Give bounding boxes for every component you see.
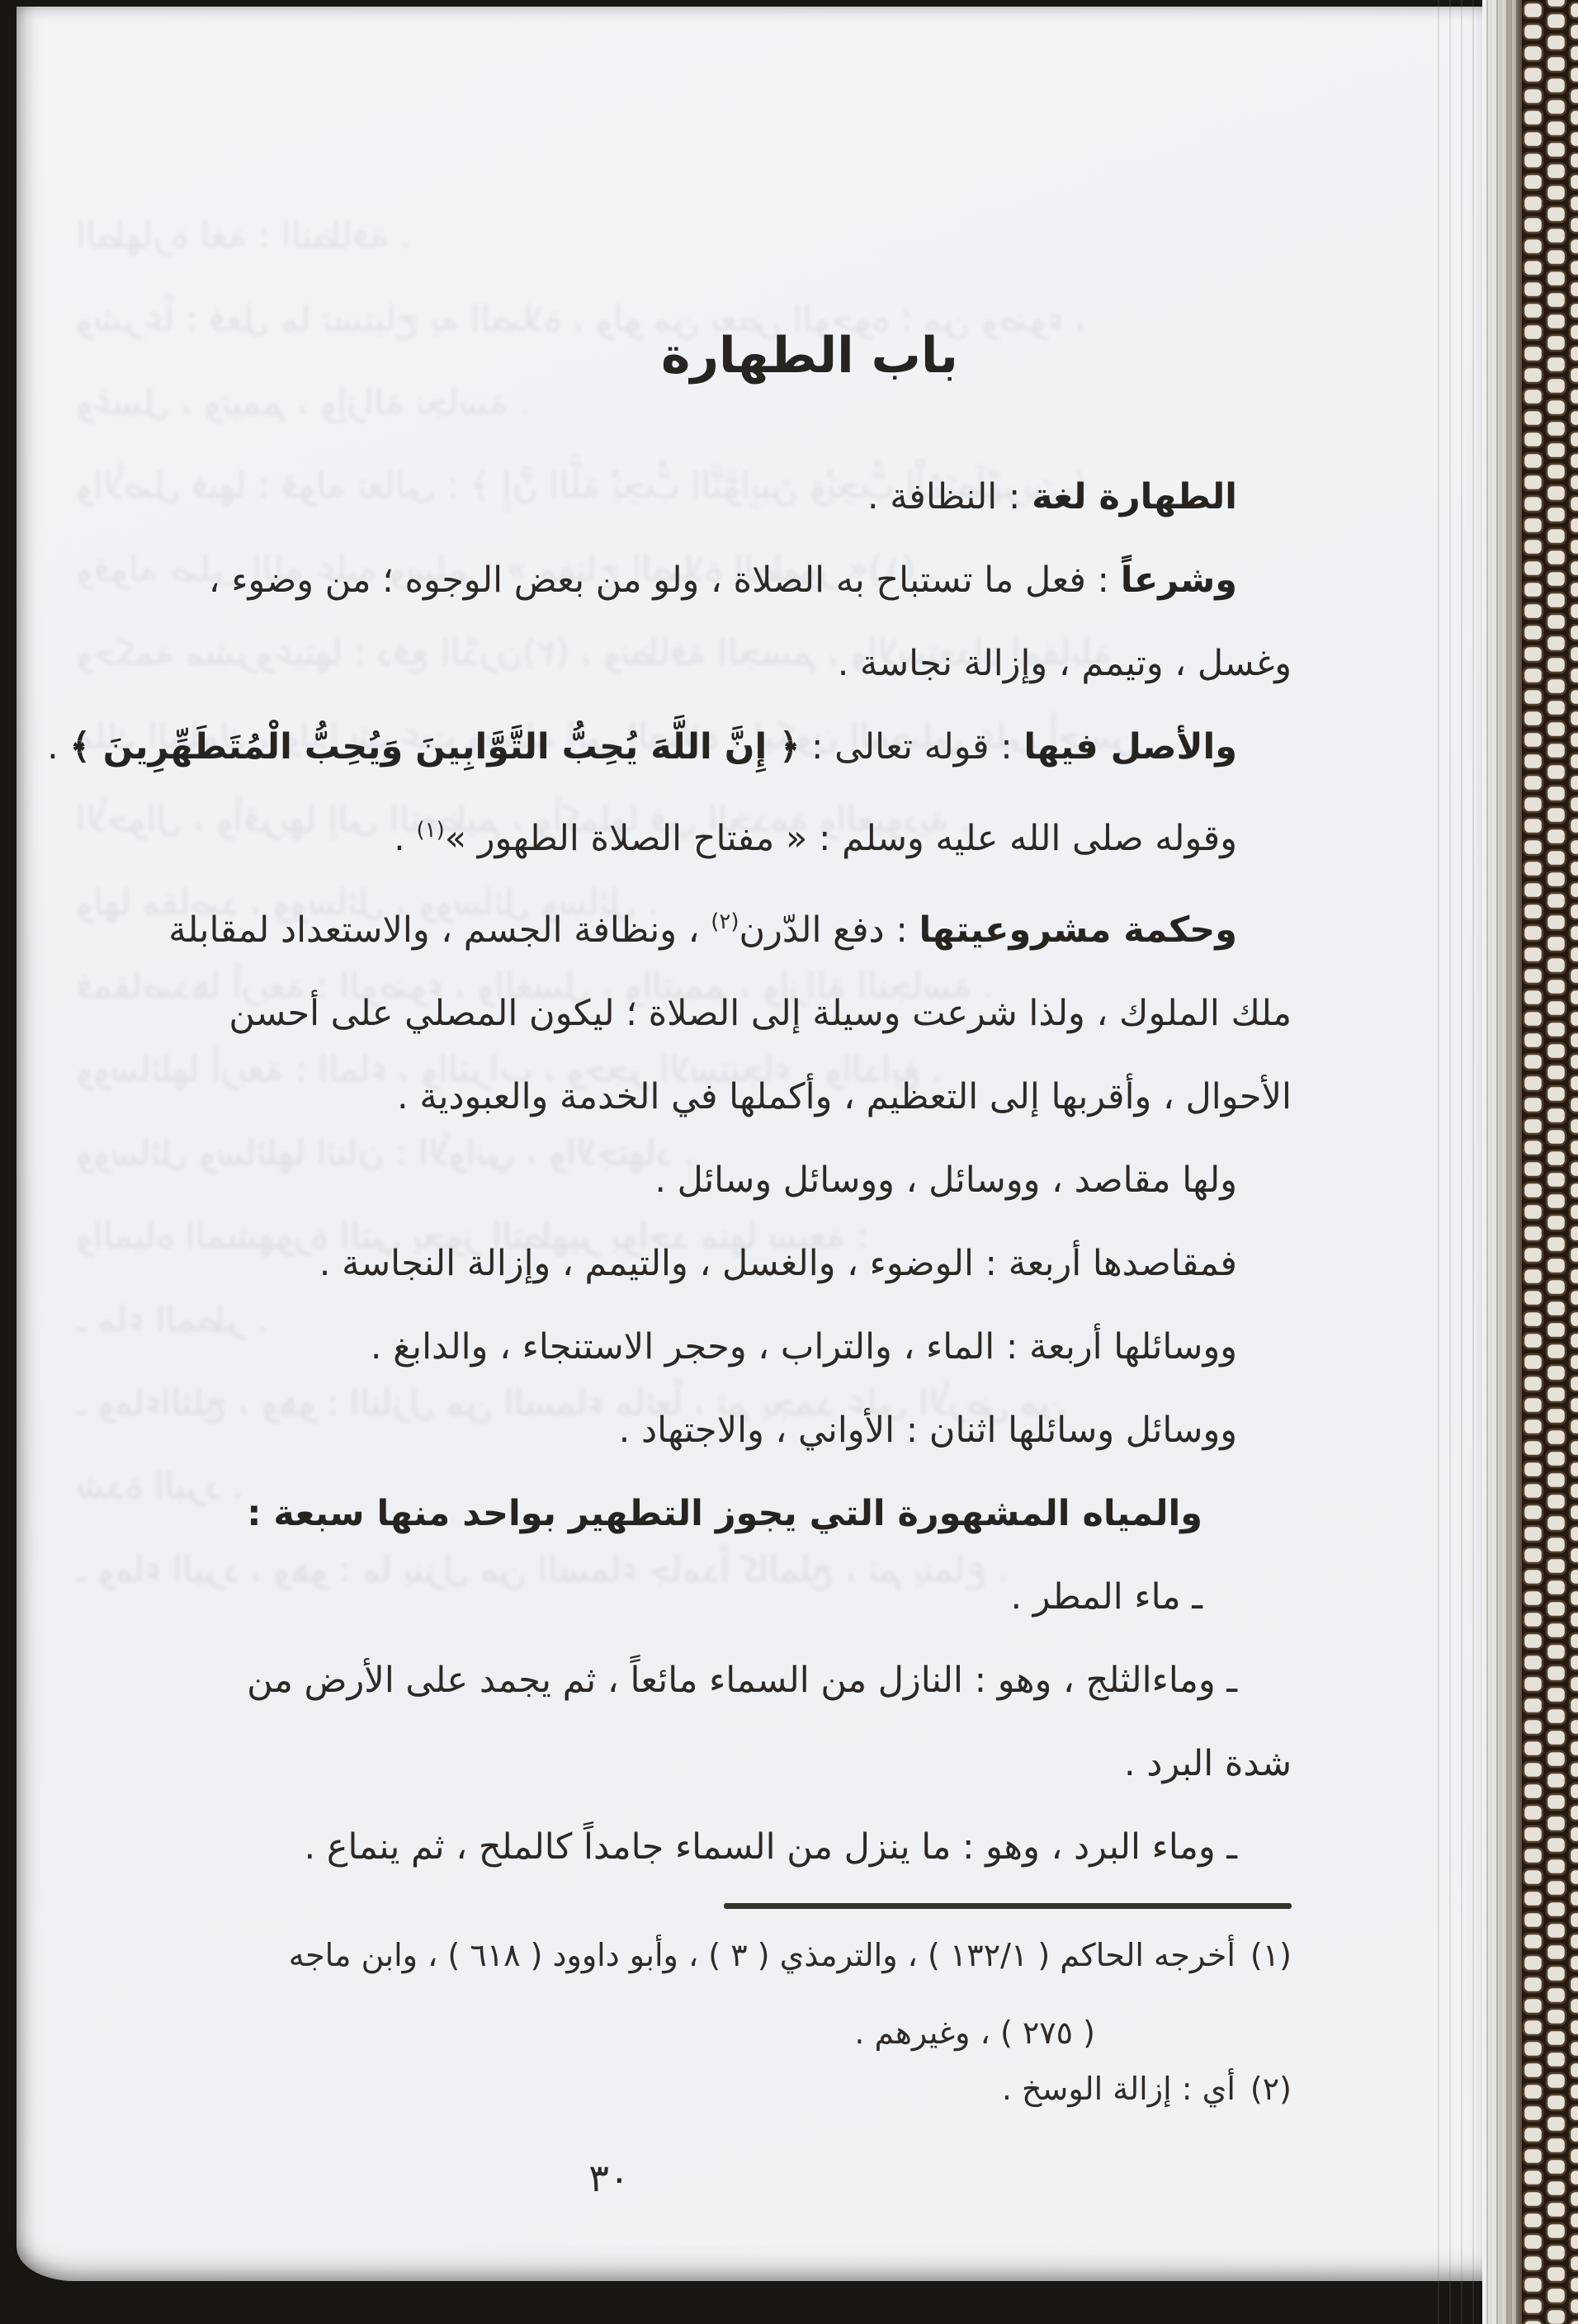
- body-text: فمقاصدها أربعة : الوضوء ، والغسل ، والتي…: [319, 1243, 1237, 1284]
- text-line: والمياه المشهورة التي يجوز التطهير بواحد…: [54, 1472, 1202, 1556]
- text-line: ووسائل وسائلها اثنان : الأواني ، والاجته…: [54, 1389, 1237, 1472]
- text-line: والأصل فيها : قوله تعالى : ﴿ إِنَّ اللَّ…: [54, 706, 1237, 789]
- body-text: : فعل ما تستباح به الصلاة ، ولو من بعض ا…: [209, 560, 1121, 601]
- text-line: وقوله صلى الله عليه وسلم : « مفتاح الصلا…: [54, 789, 1237, 881]
- section-heading: والمياه المشهورة التي يجوز التطهير بواحد…: [247, 1493, 1202, 1534]
- body-text: ووسائلها أربعة : الماء ، والتراب ، وحجر …: [371, 1326, 1237, 1367]
- page-content: باب الطهارة الطهارة لغة : النظافة . وشرع…: [0, 0, 1578, 2324]
- footnote-separator: [724, 1903, 1292, 1909]
- body-text: ، ونظافة الجسم ، والاستعداد لمقابلة: [168, 909, 711, 951]
- text-line: الأحوال ، وأقربها إلى التعظيم ، وأكملها …: [54, 1056, 1292, 1139]
- lead-phrase: والأصل فيها: [1023, 726, 1237, 768]
- text-line: فمقاصدها أربعة : الوضوء ، والغسل ، والتي…: [54, 1222, 1237, 1306]
- text-line: شدة البرد .: [54, 1722, 1292, 1806]
- lead-phrase: وشرعاً: [1121, 560, 1237, 601]
- text-line: ـ وماءالثلج ، وهو : النازل من السماء مائ…: [54, 1639, 1237, 1722]
- footnote-text: أخرجه الحاكم ( ١٣٢/١ ) ، والترمذي ( ٣ ) …: [289, 1937, 1235, 1973]
- lead-phrase: الطهارة لغة: [1032, 476, 1237, 517]
- footnote-number: (٢): [1250, 2071, 1292, 2107]
- body-text: وقوله صلى الله عليه وسلم : « مفتاح الصلا…: [445, 818, 1237, 859]
- chapter-title: باب الطهارة: [309, 327, 1310, 385]
- text-line: الطهارة لغة : النظافة .: [54, 456, 1237, 539]
- text-column: الطهارة لغة : النظافة . وشرعاً : فعل ما …: [54, 456, 1292, 1889]
- lead-phrase: وحكمة مشروعيتها: [919, 909, 1237, 951]
- quran-verse: ﴿ إِنَّ اللَّهَ يُحِبُّ التَّوَّابِينَ و…: [70, 726, 801, 768]
- body-text: .: [394, 818, 416, 859]
- text-line: ملك الملوك ، ولذا شرعت وسيلة إلى الصلاة …: [54, 972, 1292, 1056]
- text-line: وشرعاً : فعل ما تستباح به الصلاة ، ولو م…: [54, 539, 1237, 622]
- footnote-text: أي : إزالة الوسخ .: [1002, 2071, 1235, 2107]
- footnote-text: ( ٢٧٥ ) ، وغيرهم .: [854, 2015, 1095, 2051]
- body-text: .: [47, 726, 69, 768]
- footnote-line: (١)أخرجه الحاكم ( ١٣٢/١ ) ، والترمذي ( ٣…: [54, 1934, 1292, 1976]
- text-line: ـ ماء المطر .: [54, 1556, 1202, 1639]
- body-text: ـ ماء المطر .: [1010, 1576, 1202, 1618]
- footnote-marker: (١): [416, 818, 444, 843]
- body-text: : قوله تعالى :: [800, 726, 1023, 768]
- text-line: ولها مقاصد ، ووسائل ، ووسائل وسائل .: [54, 1139, 1237, 1222]
- body-text: : دفع الدّرن: [739, 909, 919, 951]
- text-line: ووسائلها أربعة : الماء ، والتراب ، وحجر …: [54, 1306, 1237, 1389]
- body-text: ولها مقاصد ، ووسائل ، ووسائل وسائل .: [654, 1160, 1237, 1201]
- footnote-marker: (٢): [711, 909, 739, 934]
- body-text: : النظافة .: [867, 476, 1032, 517]
- body-text: ملك الملوك ، ولذا شرعت وسيلة إلى الصلاة …: [229, 993, 1292, 1034]
- page-number: ٣٠: [564, 2156, 654, 2200]
- scanned-book-screenshot: { "title": "باب الطهارة", "page_number":…: [0, 0, 1578, 2324]
- footnote-number: (١): [1250, 1937, 1292, 1973]
- footnote-line: ( ٢٧٥ ) ، وغيرهم .: [55, 2012, 1095, 2053]
- footnote-line: (٢)أي : إزالة الوسخ .: [54, 2068, 1292, 2109]
- body-text: ـ وماءالثلج ، وهو : النازل من السماء مائ…: [247, 1660, 1237, 1701]
- text-line: ـ وماء البرد ، وهو : ما ينزل من السماء ج…: [54, 1806, 1237, 1889]
- text-line: وحكمة مشروعيتها : دفع الدّرن(٢) ، ونظافة…: [54, 881, 1237, 972]
- body-text: الأحوال ، وأقربها إلى التعظيم ، وأكملها …: [397, 1076, 1292, 1117]
- body-text: ـ وماء البرد ، وهو : ما ينزل من السماء ج…: [304, 1826, 1237, 1868]
- body-text: ووسائل وسائلها اثنان : الأواني ، والاجته…: [619, 1410, 1237, 1451]
- body-text: وغسل ، وتيمم ، وإزالة نجاسة .: [838, 643, 1292, 684]
- body-text: شدة البرد .: [1124, 1743, 1292, 1784]
- text-line: وغسل ، وتيمم ، وإزالة نجاسة .: [54, 622, 1292, 706]
